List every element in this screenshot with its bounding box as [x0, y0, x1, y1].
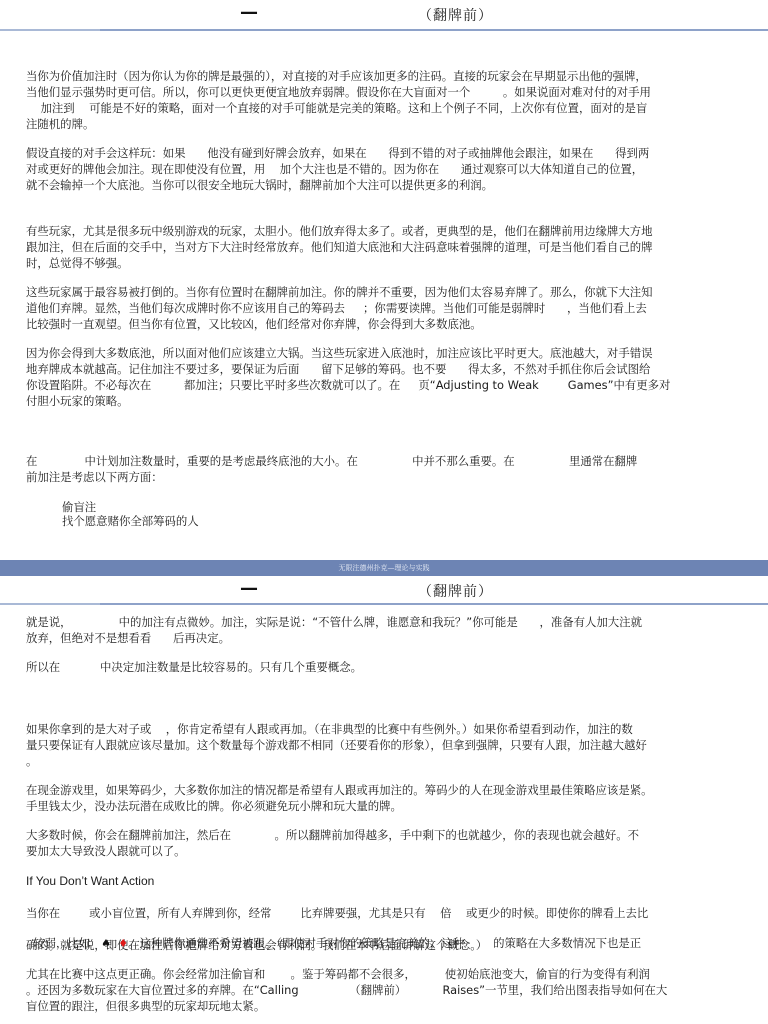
- text-line: 。: [26, 754, 37, 768]
- text-line: 你设置陷阱。不必每次在 都加注；只要比平时多些次数就可以了。在 页“Adjust…: [26, 378, 670, 392]
- header-rule: [0, 603, 768, 605]
- text-line: 假设直接的对手会这样玩：如果 他没有碰到好牌会放弃，如果在 得到不错的对子或抽牌…: [26, 146, 649, 160]
- text-line: 付胆小玩家的策略。: [26, 394, 129, 408]
- header-title: （翻牌前）: [418, 581, 493, 601]
- text-line: 当他们显示强势时更可信。所以，你可以更快更便宜地放弃弱牌。假设你在大盲面对一个 …: [26, 85, 651, 99]
- section-subheading: If You Don’t Want Action: [26, 874, 154, 888]
- footer-book-title: 无限注德州扑克—理论与实践: [0, 560, 768, 576]
- text-line: 盲位置的跟注，但很多典型的玩家却玩地太紧。: [26, 999, 265, 1013]
- text-line: 在现金游戏里，如果筹码少，大多数你加注的情况都是希望有人跟或再加注的。筹码少的人…: [26, 783, 653, 797]
- list-item: 偷盲注: [62, 500, 96, 514]
- text-line: 因为你会得到大多数底池，所以面对他们应该建立大锅。当这些玩家进入底池时，加注应该…: [26, 346, 653, 360]
- text-line: 手里钱太少，没办法玩潜在成败比的牌。你必须避免玩小牌和玩大量的牌。: [26, 799, 402, 813]
- text-line: 当你为价值加注时（因为你认为你的牌是最强的），对直接的对手应该加更多的注码。直接…: [26, 69, 647, 83]
- spade-icon: ♠: [101, 937, 111, 950]
- text-line: 就不会输掉一个大底池。当你可以很安全地玩大锅时，翻牌前加个大注可以提供更多的利润…: [26, 178, 493, 192]
- text-line: 对或更好的牌他会加注。现在即使没有位置，用 加个大注也是不错的。因为你在 通过观…: [26, 162, 643, 176]
- text-line: 注随机的牌。: [26, 117, 94, 131]
- text-line: 大多数时候，你会在翻牌前加注，然后在 。所以翻牌前加得越多，手中剩下的也就越少，…: [26, 828, 639, 842]
- suit-line-after: 。这种牌你通常不希望被跟。（即使对手对你的策略是完美的，这种 的策略在大多数情况…: [128, 936, 641, 950]
- text-line: 所以在 中决定加注数量是比较容易的。只有几个重要概念。: [26, 660, 362, 674]
- text-line: 在 中计划加注数量时，重要的是考虑最终底池的大小。在 中并不那么重要。在 里通常…: [26, 454, 637, 468]
- header-title: （翻牌前）: [418, 5, 493, 25]
- text-line: 。还因为多数玩家在大盲位置过多的弃牌。在“Calling （翻牌前） Raise…: [26, 983, 667, 997]
- text-line: 地弃牌成本就越高。记住加注不要过多，要保证为后面 留下足够的筹码。也不要 得太多…: [26, 362, 650, 376]
- suit-line-before: 较弱，比如: [33, 936, 101, 950]
- text-line: 放弃，但绝对不是想看看 后再决定。: [26, 631, 230, 645]
- header-dash: —: [240, 578, 258, 599]
- footer-band: 无限注德州扑克—理论与实践: [0, 560, 768, 576]
- text-line: 量只要保证有人跟就应该尽量加。这个数量每个游戏都不相同（还要看你的形象），但拿到…: [26, 738, 647, 752]
- header-dash: —: [240, 2, 258, 23]
- text-line: 当你在 或小盲位置，所有人弃牌到你，经常 比弃牌要强，尤其是只有 倍 或更少的时…: [26, 906, 648, 920]
- text-line: 加注到 可能是不好的策略，面对一个直接的对手可能就是完美的策略。这和上个例子不同…: [26, 101, 647, 115]
- text-line: 时，总觉得不够强。: [26, 256, 129, 270]
- text-line: 跟加注，但在后面的交手中，当对方下大注时经常放弃。他们知道大底池和大注码意味着强…: [26, 240, 653, 254]
- text-line: 前加注是考虑以下两方面：: [26, 470, 163, 484]
- text-line: 如果你拿到的是大对子或 ，你肯定希望有人跟或再加。（在非典型的比赛中有些例外。）…: [26, 722, 633, 736]
- list-item: 找个愿意赌你全部筹码的人: [62, 514, 199, 528]
- diamond-icon: ♦: [118, 937, 128, 950]
- text-line: 道他们弃牌。显然，当他们每次成牌时你不应该用自己的筹码去 ；你需要读牌。当他们可…: [26, 301, 647, 315]
- text-line: 要加太大导致没人跟就可以了。: [26, 844, 185, 858]
- suit-example-line: 较弱，比如 ♠ ♦。这种牌你通常不希望被跟。（即使对手对你的策略是完美的，这种 …: [26, 922, 641, 951]
- text-line: 尤其在比赛中这点更正确。你会经常加注偷盲和 。鉴于筹码都不会很多， 使初始底池变…: [26, 967, 650, 981]
- text-line: 比较强时一直观望。但当你有位置，又比较凶，他们经常对你弃牌，你会得到大多数底池。: [26, 317, 482, 331]
- header-rule: [0, 29, 768, 31]
- text-line: 这些玩家属于最容易被打倒的。当你有位置时在翻牌前加注。你的牌并不重要，因为他们太…: [26, 285, 653, 299]
- text-line: 就是说， 中的加注有点微妙。加注，实际是说：“不管什么牌，谁愿意和我玩？”你可能…: [26, 615, 642, 629]
- text-line: 有些玩家，尤其是很多玩中级别游戏的玩家，太胆小。他们放弃得太多了。或者，更典型的…: [26, 224, 653, 238]
